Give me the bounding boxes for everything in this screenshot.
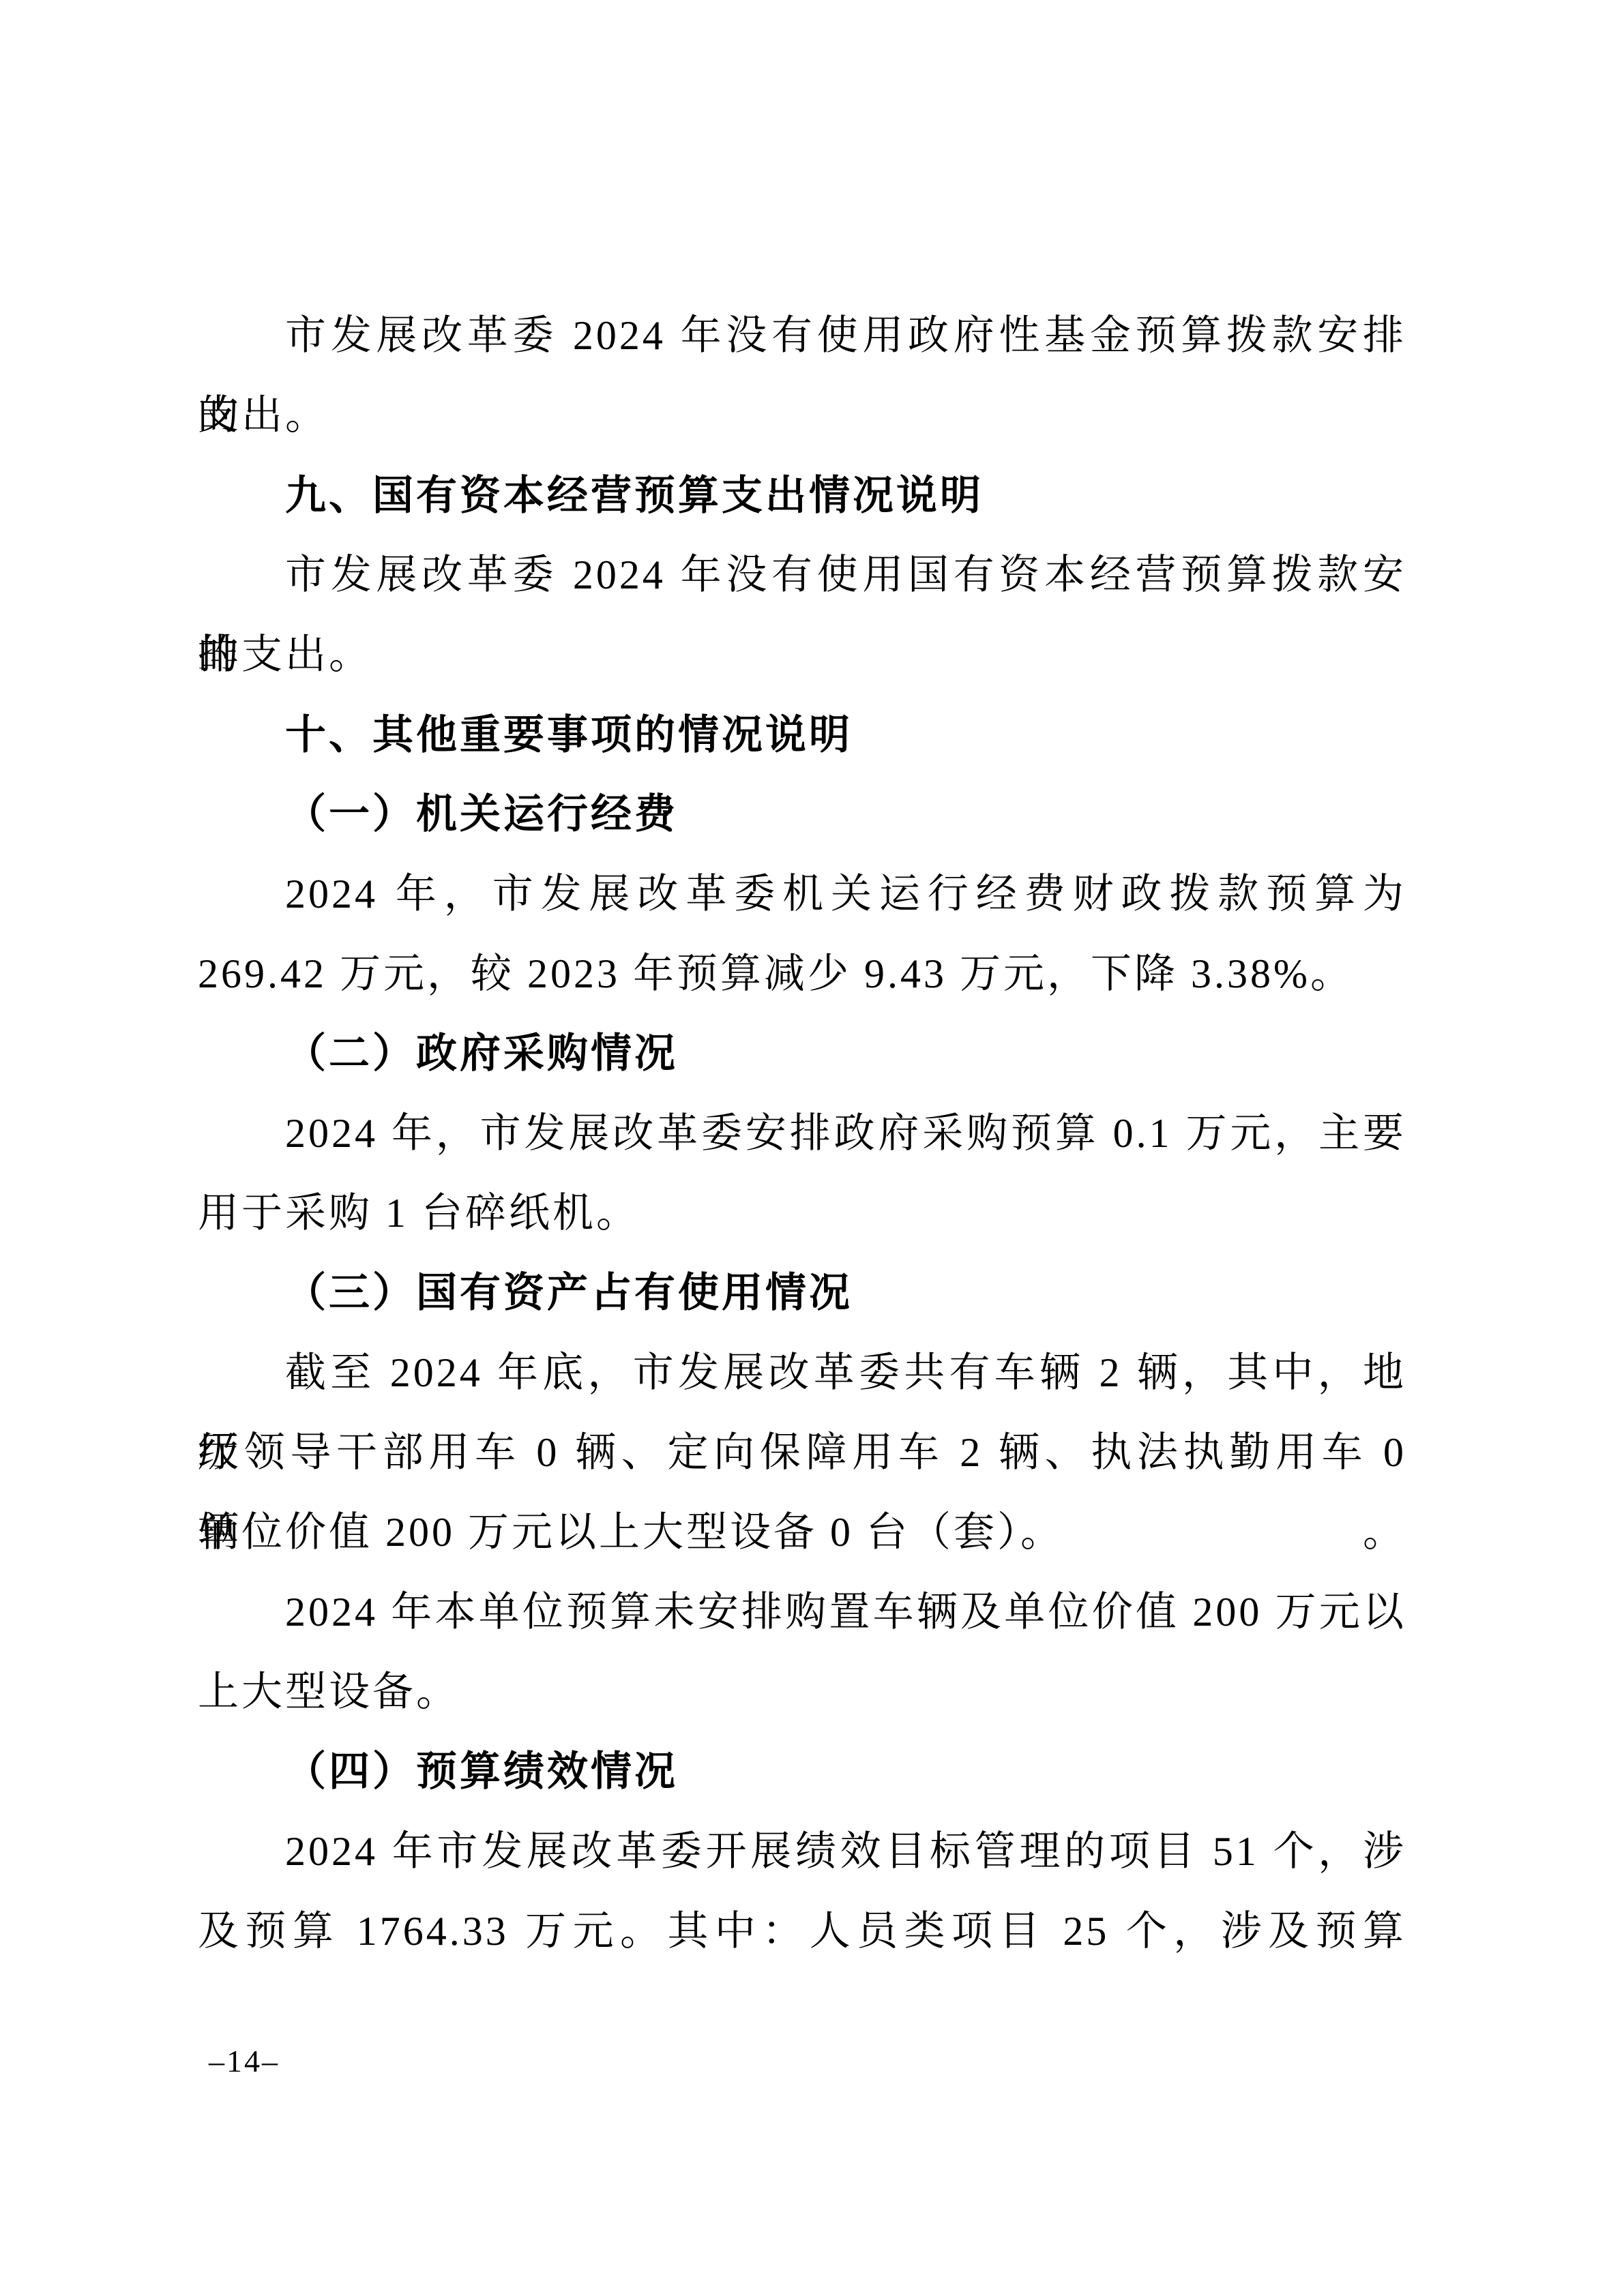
document-page: 市发展改革委 2024 年没有使用政府性基金预算拨款安排的支出。九、国有资本经营… — [0, 0, 1624, 2296]
text-line: 2024 年市发展改革委开展绩效目标管理的项目 51 个，涉 — [198, 1812, 1406, 1892]
text-line: 2024 年，市发展改革委机关运行经费财政拨款预算为 — [198, 854, 1406, 934]
text-line: 269.42 万元，较 2023 年预算减少 9.43 万元，下降 3.38%。 — [198, 934, 1406, 1014]
paragraph: 市发展改革委 2024 年没有使用政府性基金预算拨款安排的支出。 — [198, 296, 1406, 456]
text-line: （四）预算绩效情况 — [198, 1732, 1406, 1812]
text-line: （三）国有资产占有使用情况 — [198, 1253, 1406, 1333]
text-line: 十、其他重要事项的情况说明 — [198, 695, 1406, 775]
paragraph: 2024 年，市发展改革委安排政府采购预算 0.1 万元，主要用于采购 1 台碎… — [198, 1094, 1406, 1253]
text-line: 截至 2024 年底，市发展改革委共有车辆 2 辆，其中，地厅 — [198, 1333, 1406, 1413]
text-line: 市发展改革委 2024 年没有使用国有资本经营预算拨款安排 — [198, 535, 1406, 615]
heading-major: 十、其他重要事项的情况说明 — [198, 695, 1406, 775]
paragraph: 2024 年，市发展改革委机关运行经费财政拨款预算为269.42 万元，较 20… — [198, 854, 1406, 1014]
text-line: （一）机关运行经费 — [198, 775, 1406, 854]
paragraph: 市发展改革委 2024 年没有使用国有资本经营预算拨款安排的支出。 — [198, 535, 1406, 695]
text-line: 用于采购 1 台碎纸机。 — [198, 1174, 1406, 1253]
heading-sub: （一）机关运行经费 — [198, 775, 1406, 854]
text-line: 及预算 1764.33 万元。其中：人员类项目 25 个，涉及预算 — [198, 1892, 1406, 1971]
heading-sub: （二）政府采购情况 — [198, 1014, 1406, 1094]
paragraph: 2024 年市发展改革委开展绩效目标管理的项目 51 个，涉及预算 1764.3… — [198, 1812, 1406, 1971]
text-line: 市发展改革委 2024 年没有使用政府性基金预算拨款安排的 — [198, 296, 1406, 376]
heading-sub: （四）预算绩效情况 — [198, 1732, 1406, 1812]
text-line: 上大型设备。 — [198, 1652, 1406, 1732]
heading-sub: （三）国有资产占有使用情况 — [198, 1253, 1406, 1333]
paragraph: 截至 2024 年底，市发展改革委共有车辆 2 辆，其中，地厅级领导干部用车 0… — [198, 1333, 1406, 1572]
text-line: 级领导干部用车 0 辆、定向保障用车 2 辆、执法执勤用车 0 辆。 — [198, 1413, 1406, 1493]
text-line: 2024 年，市发展改革委安排政府采购预算 0.1 万元，主要 — [198, 1094, 1406, 1174]
text-line: 的支出。 — [198, 615, 1406, 695]
paragraph: 2024 年本单位预算未安排购置车辆及单位价值 200 万元以上大型设备。 — [198, 1572, 1406, 1732]
text-line: 支出。 — [198, 376, 1406, 456]
page-number: –14– — [209, 2043, 280, 2079]
text-line: 九、国有资本经营预算支出情况说明 — [198, 456, 1406, 535]
document-body: 市发展改革委 2024 年没有使用政府性基金预算拨款安排的支出。九、国有资本经营… — [198, 296, 1406, 1971]
heading-major: 九、国有资本经营预算支出情况说明 — [198, 456, 1406, 535]
text-line: （二）政府采购情况 — [198, 1014, 1406, 1094]
text-line: 2024 年本单位预算未安排购置车辆及单位价值 200 万元以 — [198, 1572, 1406, 1652]
